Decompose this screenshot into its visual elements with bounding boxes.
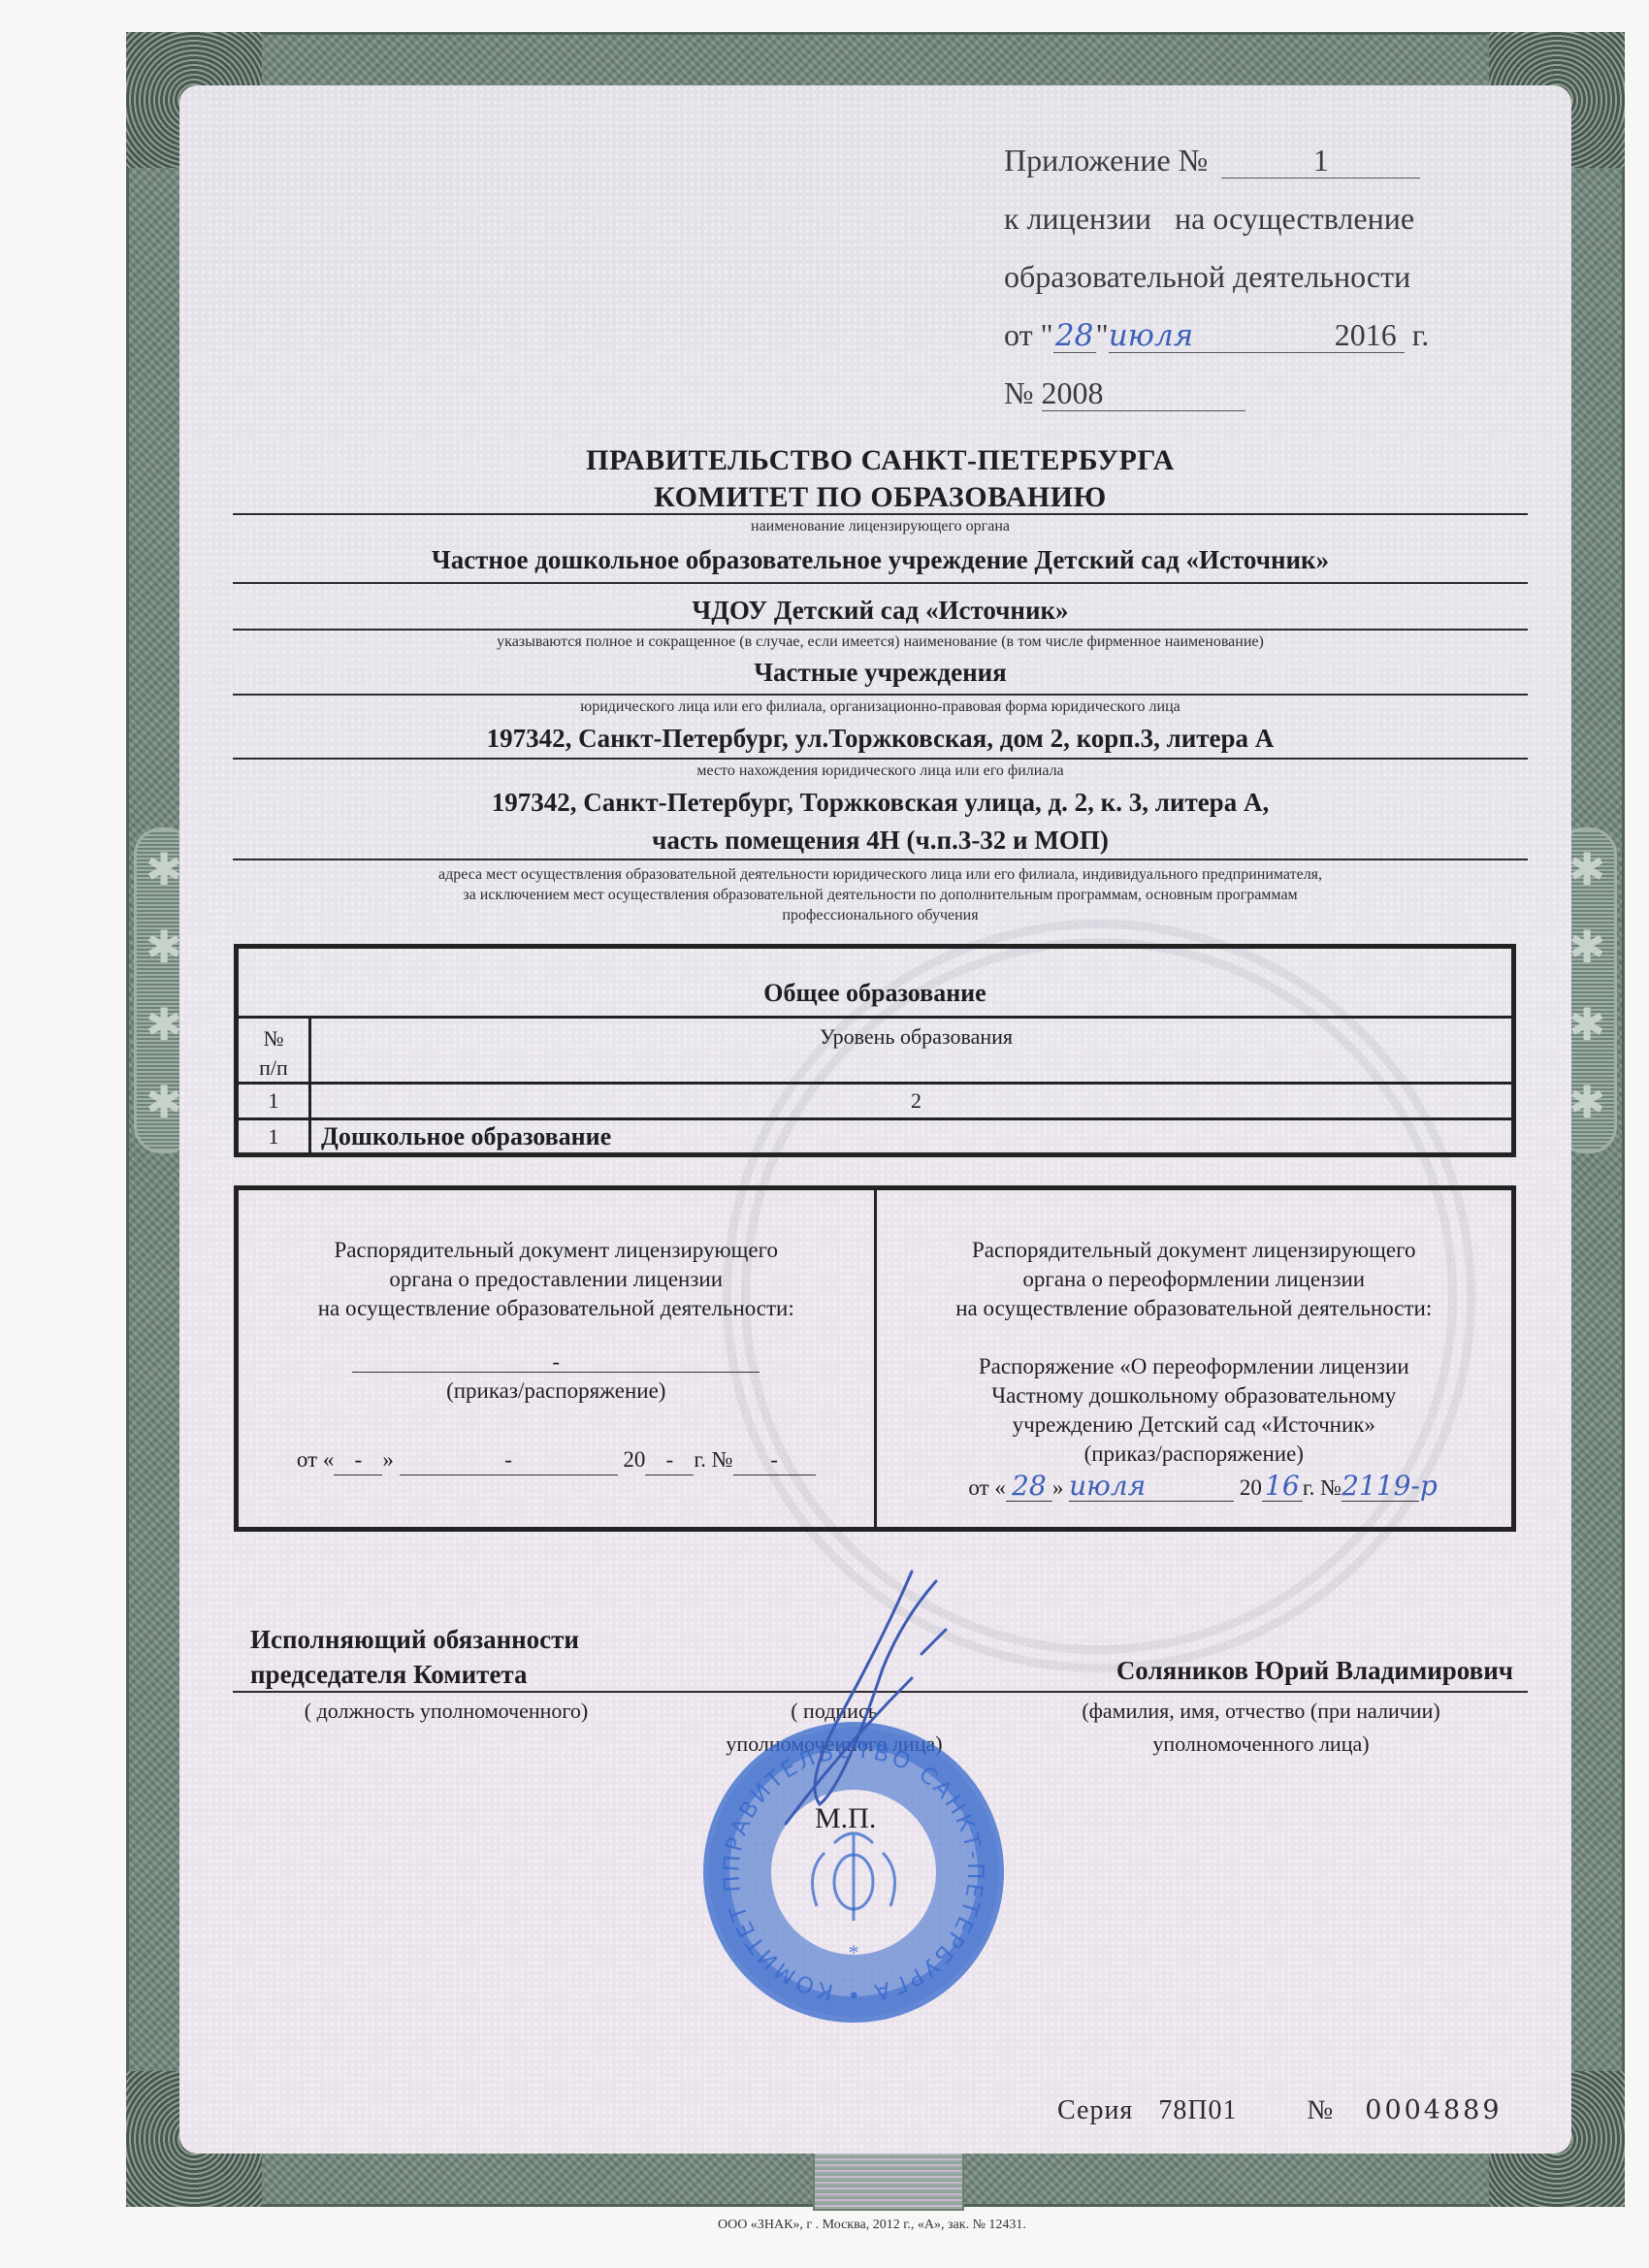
year-prefix: 20 [1240, 1475, 1262, 1500]
grant-day: - [334, 1445, 382, 1475]
reissue-type-caption: (приказ/распоряжение) [877, 1440, 1512, 1469]
table-index-row: 1 2 [239, 1085, 1511, 1120]
quote-close: " [1096, 317, 1109, 352]
reissue-month: июля [1069, 1472, 1234, 1502]
col-level-header: Уровень образования [311, 1019, 1511, 1082]
divider [233, 859, 1528, 860]
table-row: 1 Дошкольное образование [239, 1120, 1511, 1155]
annex-year: 2016 [1327, 319, 1405, 353]
annex-line-2: к лицензии на осуществление [1004, 189, 1489, 247]
authority-caption: наименование лицензирующего органа [233, 517, 1528, 536]
row-number: 1 [239, 1120, 311, 1155]
table-header-row: № п/п Уровень образования [239, 1019, 1511, 1085]
name-caption: указываются полное и сокращенное (в случ… [233, 632, 1528, 652]
year-suffix: г. № [1303, 1475, 1342, 1500]
grant-document: Распорядительный документ лицензирующего… [239, 1190, 877, 1527]
grant-month: - [400, 1445, 618, 1475]
activity-caption-line-1: адреса мест осуществления образовательно… [233, 864, 1528, 885]
year-prefix: 20 [623, 1447, 645, 1472]
licensing-authority: ПРАВИТЕЛЬСТВО САНКТ-ПЕТЕРБУРГА КОМИТЕТ П… [233, 442, 1528, 516]
divider [233, 582, 1528, 584]
divider [233, 758, 1528, 760]
printer-imprint: ООО «ЗНАК», г . Москва, 2012 г., «А», за… [718, 2218, 1026, 2233]
series-value: 78П01 [1158, 2095, 1237, 2125]
name-caption-line-1: (фамилия, имя, отчество (при наличии) [1028, 1695, 1494, 1728]
reissue-order-line-3: учреждению Детский сад «Источник» [877, 1410, 1512, 1440]
annex-day: 28 [1053, 320, 1096, 353]
year-suffix: г. № [694, 1447, 732, 1472]
position-line-2: председателя Комитета [250, 1657, 579, 1692]
divider [233, 629, 1528, 631]
grant-heading-line-2: органа о предоставлении лицензии [239, 1265, 874, 1294]
activity-caption-line-2: за исключением мест осуществления образо… [233, 885, 1528, 905]
index-cell: 1 [239, 1085, 311, 1118]
date-prefix: от « [968, 1475, 1006, 1500]
licensee-full-name: Частное дошкольное образовательное учреж… [233, 543, 1528, 576]
reissue-heading-line-1: Распорядительный документ лицензирующего [877, 1236, 1512, 1265]
legal-form-caption: юридического лица или его филиала, орган… [233, 697, 1528, 717]
legal-address: 197342, Санкт-Петербург, ул.Торжковская,… [233, 722, 1528, 755]
col-number-header: № п/п [239, 1019, 311, 1082]
reissue-number: 2119-р [1342, 1472, 1419, 1502]
name-caption: (фамилия, имя, отчество (при наличии) уп… [1028, 1695, 1494, 1761]
reissue-year: 16 [1262, 1472, 1303, 1502]
grant-order-blank: - [352, 1352, 760, 1373]
reissue-document: Распорядительный документ лицензирующего… [877, 1190, 1512, 1527]
annex-block: Приложение № 1 к лицензии на осуществлен… [1004, 131, 1489, 422]
annex-line-3: образовательной деятельности [1004, 247, 1489, 306]
license-number: 2008 [1042, 377, 1245, 411]
date-prefix: от « [297, 1447, 335, 1472]
reissue-order-line-1: Распоряжение «О переоформлении лицензии [877, 1352, 1512, 1381]
series-label: Серия [1057, 2095, 1133, 2125]
education-table: Общее образование № п/п Уровень образова… [234, 944, 1516, 1157]
activity-address-line-2: часть помещения 4Н (ч.п.3-32 и МОП) [233, 824, 1528, 857]
date-mid: » [1052, 1475, 1064, 1500]
annex-number: 1 [1221, 145, 1420, 178]
authority-line-1: ПРАВИТЕЛЬСТВО САНКТ-ПЕТЕРБУРГА [233, 442, 1528, 479]
grant-heading-line-1: Распорядительный документ лицензирующего [239, 1236, 874, 1265]
activity-address-line-1: 197342, Санкт-Петербург, Торжковская ули… [233, 786, 1528, 819]
legal-form: Частные учреждения [233, 656, 1528, 689]
grant-type-caption: (приказ/распоряжение) [239, 1377, 874, 1406]
grant-number: - [733, 1445, 816, 1475]
education-level: Дошкольное образование [311, 1120, 1511, 1155]
activity-address-caption: адреса мест осуществления образовательно… [233, 864, 1528, 925]
authorized-name: Соляников Юрий Владимирович [1048, 1653, 1513, 1688]
col-number-header-line-2: п/п [239, 1053, 308, 1083]
administrative-documents: Распорядительный документ лицензирующего… [234, 1185, 1516, 1532]
from-prefix: от " [1004, 317, 1053, 352]
authority-line-2: КОМИТЕТ ПО ОБРАЗОВАНИЮ [233, 479, 1528, 516]
licensee-short-name: ЧДОУ Детский сад «Источник» [233, 594, 1528, 627]
reissue-heading-line-2: органа о переоформлении лицензии [877, 1265, 1512, 1294]
reissue-day: 28 [1006, 1472, 1052, 1502]
legal-address-caption: место нахождения юридического лица или е… [233, 761, 1528, 781]
reissue-order-line-2: Частному дошкольному образовательному [877, 1381, 1512, 1410]
divider [233, 513, 1528, 515]
divider [233, 694, 1528, 696]
year-suffix: г. [1412, 317, 1430, 352]
name-caption-line-2: уполномоченного лица) [1028, 1728, 1494, 1761]
grant-year: - [645, 1445, 694, 1475]
date-mid: » [382, 1447, 394, 1472]
svg-text:*: * [849, 1940, 859, 1964]
license-number-label: № [1004, 375, 1034, 410]
position-line-1: Исполняющий обязанности [250, 1622, 579, 1657]
grant-heading-line-3: на осуществление образовательной деятель… [239, 1294, 874, 1323]
education-table-title: Общее образование [239, 949, 1511, 1019]
col-number-header-line-1: № [239, 1024, 308, 1053]
number-label: № [1308, 2095, 1335, 2125]
annex-month: июля [1109, 320, 1327, 353]
form-series: Серия 78П01 № 0004889 [1057, 2095, 1503, 2126]
index-cell: 2 [311, 1085, 1511, 1118]
reissue-date-row: от «28» июля 2016г. №2119-р [877, 1472, 1512, 1503]
activity-caption-line-3: профессионального обучения [233, 905, 1528, 925]
annex-label: Приложение № [1004, 143, 1208, 178]
reissue-heading-line-3: на осуществление образовательной деятель… [877, 1294, 1512, 1323]
form-number: 0004889 [1365, 2095, 1502, 2125]
authorized-position: Исполняющий обязанности председателя Ком… [250, 1622, 579, 1692]
grant-date-row: от «-» - 20-г. №- [239, 1445, 874, 1475]
position-caption: ( должность уполномоченного) [252, 1695, 640, 1728]
seal-placeholder: М.П. [815, 1802, 876, 1835]
